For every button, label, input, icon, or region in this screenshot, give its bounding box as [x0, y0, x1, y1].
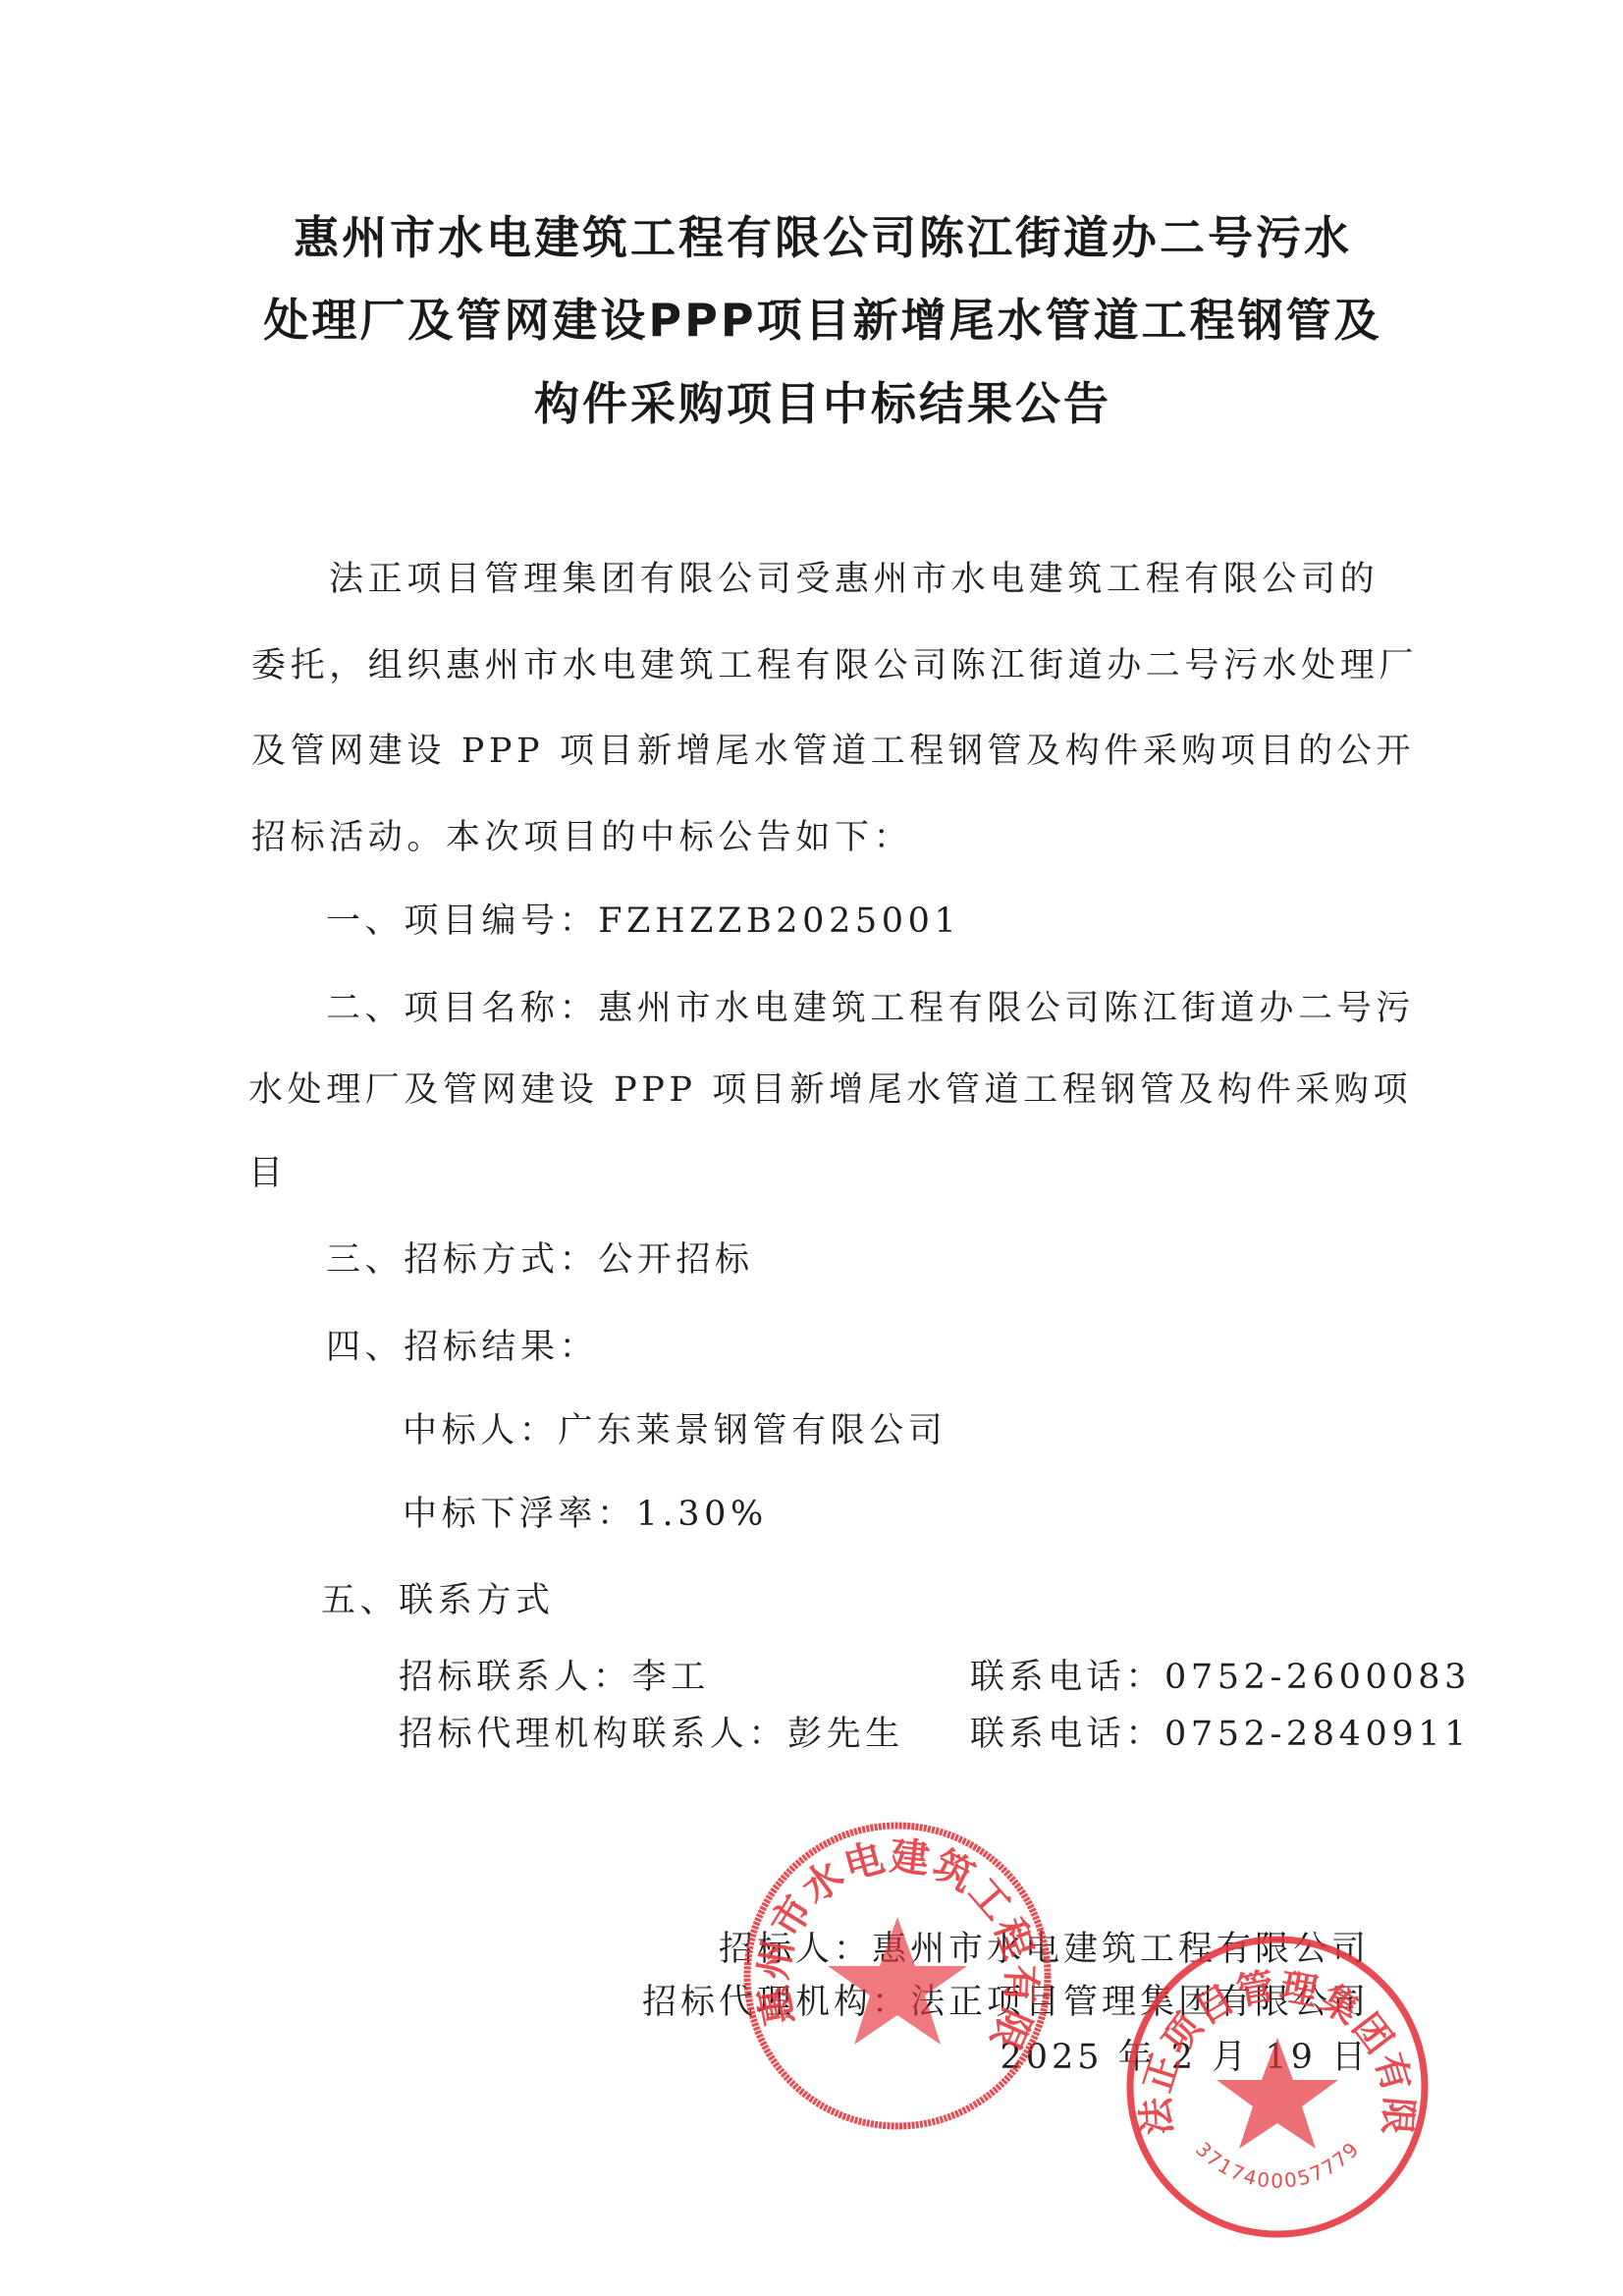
contact-phone-label: 联系电话： [970, 1658, 1164, 1697]
contact-row-2-person: 招标代理机构联系人：彭先生 [399, 1710, 904, 1759]
contact-phone-number: 0752-2840911 [1164, 1715, 1471, 1754]
bidding-method-label: 三、招标方式： [326, 1240, 598, 1280]
document-title-line-2: 处理厂及管网建设PPP项目新增尾水管道工程钢管及 [0, 291, 1623, 350]
contact-phone-label: 联系电话： [970, 1715, 1164, 1754]
project-name-label: 二、项目名称： [326, 989, 598, 1028]
discount-label: 中标下浮率： [403, 1495, 636, 1534]
project-name-value-line-3: 目 [248, 1149, 288, 1198]
signature-date: 2025 年 2 月 19 日 [1000, 2033, 1370, 2082]
intro-line-4: 招标活动。本次项目的中标公告如下： [251, 813, 912, 862]
contact-person-name: 李工 [632, 1658, 710, 1697]
winner-label: 中标人： [403, 1411, 558, 1450]
tenderer-label: 招标人： [719, 1930, 872, 1969]
signature-agency: 招标代理机构：法正项目管理集团有限公司 [642, 1978, 1370, 2027]
contact-row-1-phone: 联系电话：0752-2600083 [970, 1653, 1471, 1702]
contact-person-label: 招标代理机构联系人： [399, 1715, 787, 1754]
project-number-value: FZHZZB2025001 [598, 902, 960, 941]
document-title-line-1: 惠州市水电建筑工程有限公司陈江街道办二号污水 [0, 208, 1623, 267]
contact-row-1-person: 招标联系人：李工 [399, 1653, 710, 1702]
contact-phone-number: 0752-2600083 [1164, 1658, 1471, 1697]
discount-row: 中标下浮率：1.30% [403, 1490, 768, 1539]
contact-heading: 五、联系方式 [321, 1576, 555, 1625]
agency-name: 法正项目管理集团有限公司 [910, 1983, 1370, 2022]
contact-person-label: 招标联系人： [399, 1658, 632, 1697]
contact-row-2-phone: 联系电话：0752-2840911 [970, 1710, 1471, 1759]
bidding-method-row: 三、招标方式：公开招标 [326, 1235, 754, 1285]
discount-value: 1.30% [636, 1495, 768, 1534]
agency-label: 招标代理机构： [642, 1983, 910, 2022]
bidding-result-heading: 四、招标结果： [326, 1323, 598, 1372]
bidding-method-value: 公开招标 [598, 1240, 753, 1280]
intro-line-3: 及管网建设 PPP 项目新增尾水管道工程钢管及构件采购项目的公开 [251, 727, 1415, 776]
document-page: 惠州市水电建筑工程有限公司陈江街道办二号污水 处理厂及管网建设PPP项目新增尾水… [0, 0, 1623, 2296]
project-number-label: 一、项目编号： [326, 902, 598, 941]
project-number-row: 一、项目编号：FZHZZB2025001 [326, 897, 960, 946]
tenderer-name: 惠州市水电建筑工程有限公司 [872, 1930, 1370, 1969]
project-name-row: 二、项目名称：惠州市水电建筑工程有限公司陈江街道办二号污 [326, 984, 1415, 1033]
project-name-value-line-2: 水处理厂及管网建设 PPP 项目新增尾水管道工程钢管及构件采购项 [248, 1066, 1412, 1115]
winner-row: 中标人：广东莱景钢管有限公司 [403, 1406, 947, 1455]
winner-value: 广东莱景钢管有限公司 [558, 1411, 947, 1450]
document-title-line-3: 构件采购项目中标结果公告 [0, 374, 1623, 433]
intro-line-1: 法正项目管理集团有限公司受惠州市水电建筑工程有限公司的 [329, 555, 1379, 604]
contact-person-name: 彭先生 [787, 1715, 904, 1754]
intro-line-2: 委托，组织惠州市水电建筑工程有限公司陈江街道办二号污水处理厂 [251, 641, 1418, 690]
project-name-value-line-1: 惠州市水电建筑工程有限公司陈江街道办二号污 [598, 989, 1415, 1028]
signature-tenderer: 招标人：惠州市水电建筑工程有限公司 [719, 1925, 1370, 1974]
